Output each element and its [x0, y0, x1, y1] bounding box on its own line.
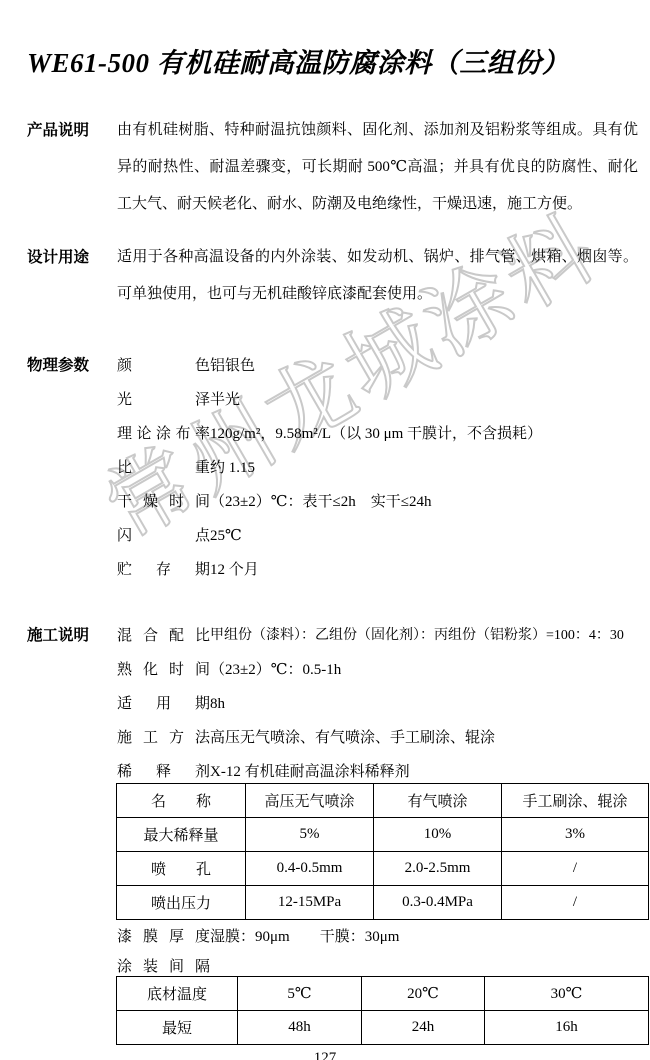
table-row: 最短 48h 24h 16h	[117, 1011, 649, 1045]
param-row: 闪 点 25℃	[117, 519, 638, 553]
param-value: 12 个月	[210, 553, 638, 587]
table-cell: 2.0-2.5mm	[374, 852, 502, 886]
section-label: 施工说明	[27, 619, 89, 653]
page-number: 127	[0, 1050, 650, 1060]
table-cell: 20℃	[362, 977, 485, 1011]
param-label: 理论涂布率	[117, 417, 210, 451]
param-value: 铝银色	[210, 349, 638, 383]
param-label: 颜 色	[117, 349, 210, 383]
param-value: 120g/m²，9.58m²/L（以 30 μm 干膜计，不含损耗）	[210, 417, 638, 451]
table-cell: 0.3-0.4MPa	[374, 886, 502, 920]
table-header-cell: 有气喷涂	[374, 784, 502, 818]
param-label: 比 重	[117, 451, 210, 485]
section-design-use: 设计用途 适用于各种高温设备的内外涂装、如发动机、锅炉、排气管、烘箱、烟囱等。可…	[117, 239, 638, 313]
param-row: 光 泽 半光	[117, 383, 638, 417]
param-label: 闪 点	[117, 519, 210, 553]
table-header-cell: 手工刷涂、辊涂	[502, 784, 649, 818]
section-label: 物理参数	[27, 349, 89, 383]
page-title: WE61-500 有机硅耐高温防腐涂料（三组份）	[27, 46, 650, 80]
product-description-text: 由有机硅树脂、特种耐温抗蚀颜料、固化剂、添加剂及铝粉浆等组成。具有优异的耐热性、…	[117, 112, 638, 223]
param-label: 漆膜厚度	[117, 922, 210, 952]
table-cell: 12-15MPa	[246, 886, 374, 920]
section-label: 产品说明	[27, 112, 89, 149]
table-row: 底材温度 5℃ 20℃ 30℃	[117, 977, 649, 1011]
param-label: 贮 存 期	[117, 553, 210, 587]
param-row: 熟化时间 （23±2）℃：0.5-1h	[117, 653, 638, 687]
param-value: 高压无气喷涂、有气喷涂、手工刷涂、辊涂	[210, 721, 638, 755]
table-cell: 5%	[246, 818, 374, 852]
table-cell: 喷出压力	[117, 886, 246, 920]
table-row: 喷 孔 0.4-0.5mm 2.0-2.5mm /	[117, 852, 649, 886]
param-label: 干燥时间	[117, 485, 210, 519]
param-label: 熟化时间	[117, 653, 210, 687]
table-cell: /	[502, 886, 649, 920]
table-cell: 24h	[362, 1011, 485, 1045]
param-label: 施工方法	[117, 721, 210, 755]
param-value: 湿膜：90μm 干膜：30μm	[210, 922, 638, 952]
table-cell: 48h	[238, 1011, 362, 1045]
param-label: 适 用 期	[117, 687, 210, 721]
param-row: 比 重 约 1.15	[117, 451, 638, 485]
table-header-cell: 名 称	[117, 784, 246, 818]
table-cell: 底材温度	[117, 977, 238, 1011]
param-value: 8h	[210, 687, 638, 721]
table-row: 最大稀释量 5% 10% 3%	[117, 818, 649, 852]
table-cell: 5℃	[238, 977, 362, 1011]
table-cell: 最短	[117, 1011, 238, 1045]
param-row: 贮 存 期 12 个月	[117, 553, 638, 587]
section-product-description: 产品说明 由有机硅树脂、特种耐温抗蚀颜料、固化剂、添加剂及铝粉浆等组成。具有优异…	[117, 112, 638, 223]
datasheet-page: 常州龙城涂料 WE61-500 有机硅耐高温防腐涂料（三组份） 产品说明 由有机…	[0, 0, 650, 1060]
design-use-text: 适用于各种高温设备的内外涂装、如发动机、锅炉、排气管、烘箱、烟囱等。可单独使用，…	[117, 239, 638, 313]
param-value: （23±2）℃：表干≤2h 实干≤24h	[210, 485, 638, 519]
dilution-table: 名 称 高压无气喷涂 有气喷涂 手工刷涂、辊涂 最大稀释量 5% 10% 3% …	[116, 783, 649, 920]
table-cell: /	[502, 852, 649, 886]
param-label: 混合配比	[117, 619, 210, 653]
table-row: 喷出压力 12-15MPa 0.3-0.4MPa /	[117, 886, 649, 920]
param-row: 混合配比 甲组份（漆料）：乙组份（固化剂）：丙组份（铝粉浆）=100：4：30	[117, 619, 638, 653]
table-cell: 最大稀释量	[117, 818, 246, 852]
param-value: （23±2）℃：0.5-1h	[210, 653, 638, 687]
table-cell: 3%	[502, 818, 649, 852]
param-row: 颜 色 铝银色	[117, 349, 638, 383]
table-cell: 30℃	[485, 977, 649, 1011]
param-value: 半光	[210, 383, 638, 417]
param-label: 光 泽	[117, 383, 210, 417]
table-cell: 喷 孔	[117, 852, 246, 886]
param-row: 施工方法 高压无气喷涂、有气喷涂、手工刷涂、辊涂	[117, 721, 638, 755]
param-value: 甲组份（漆料）：乙组份（固化剂）：丙组份（铝粉浆）=100：4：30	[210, 619, 638, 653]
section-label: 设计用途	[27, 239, 89, 276]
table-row: 名 称 高压无气喷涂 有气喷涂 手工刷涂、辊涂	[117, 784, 649, 818]
section-application-instructions: 施工说明 混合配比 甲组份（漆料）：乙组份（固化剂）：丙组份（铝粉浆）=100：…	[117, 619, 638, 1045]
table-cell: 16h	[485, 1011, 649, 1045]
recoat-interval-table: 底材温度 5℃ 20℃ 30℃ 最短 48h 24h 16h	[116, 976, 649, 1045]
param-row: 干燥时间 （23±2）℃：表干≤2h 实干≤24h	[117, 485, 638, 519]
table-cell: 10%	[374, 818, 502, 852]
param-row: 理论涂布率 120g/m²，9.58m²/L（以 30 μm 干膜计，不含损耗）	[117, 417, 638, 451]
table-header-cell: 高压无气喷涂	[246, 784, 374, 818]
param-row: 漆膜厚度 湿膜：90μm 干膜：30μm	[117, 922, 638, 952]
param-row: 适 用 期 8h	[117, 687, 638, 721]
section-physical-parameters: 物理参数 颜 色 铝银色 光 泽 半光 理论涂布率 120g/m²，9.58m²…	[117, 349, 638, 587]
table-cell: 0.4-0.5mm	[246, 852, 374, 886]
param-value: 25℃	[210, 519, 638, 553]
param-value: 约 1.15	[210, 451, 638, 485]
